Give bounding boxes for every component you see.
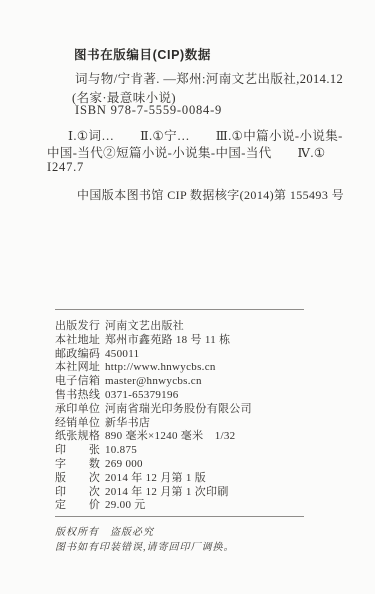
reprint-notice-line: 图书如有印装错误,请寄回印厂调换。 bbox=[55, 541, 235, 556]
colophon-label: 本社地址 bbox=[55, 334, 105, 348]
colophon-label: 定 价 bbox=[55, 499, 105, 513]
cip-copyright-page: 图书在版编目(CIP)数据 词与物/宁肯著. —郑州:河南文艺出版社,2014.… bbox=[0, 0, 375, 594]
colophon-label: 版 次 bbox=[55, 472, 105, 486]
colophon-label: 字 数 bbox=[55, 458, 105, 472]
colophon-row-postcode: 邮政编码 450011 bbox=[55, 348, 252, 362]
colophon-row-impression: 印 次 2014 年 12 月第 1 次印刷 bbox=[55, 486, 252, 500]
colophon-value: 269 000 bbox=[105, 458, 143, 472]
colophon-row-email: 电子信箱 master@hnwycbs.cn bbox=[55, 375, 252, 389]
colophon-row-price: 定 价 29.00 元 bbox=[55, 499, 252, 513]
copyright-notice: 版权所有 盗版必究 图书如有印装错误,请寄回印厂调换。 bbox=[55, 526, 235, 555]
colophon-value: 郑州市鑫苑路 18 号 11 栋 bbox=[105, 334, 230, 348]
colophon-row-hotline: 售书热线 0371-65379196 bbox=[55, 389, 252, 403]
colophon-value: 2014 年 12 月第 1 次印刷 bbox=[105, 486, 229, 500]
colophon-row-edition: 版 次 2014 年 12 月第 1 版 bbox=[55, 472, 252, 486]
cip-classification-line-3: I247.7 bbox=[47, 160, 84, 175]
colophon-row-word-count: 字 数 269 000 bbox=[55, 458, 252, 472]
cip-heading: 图书在版编目(CIP)数据 bbox=[74, 45, 211, 63]
colophon-label: 出版发行 bbox=[55, 320, 105, 334]
colophon-value: master@hnwycbs.cn bbox=[105, 375, 202, 389]
top-divider-rule bbox=[55, 309, 304, 310]
colophon-row-publisher: 出版发行 河南文艺出版社 bbox=[55, 320, 252, 334]
colophon-row-printer: 承印单位 河南省瑞光印务股份有限公司 bbox=[55, 403, 252, 417]
colophon-row-paper-size: 纸张规格 890 毫米×1240 毫米 1/32 bbox=[55, 430, 252, 444]
colophon-row-address: 本社地址 郑州市鑫苑路 18 号 11 栋 bbox=[55, 334, 252, 348]
colophon-label: 承印单位 bbox=[55, 403, 105, 417]
colophon-row-distributor: 经销单位 新华书店 bbox=[55, 417, 252, 431]
colophon-label: 纸张规格 bbox=[55, 430, 105, 444]
cip-title-line: 词与物/宁肯著. —郑州:河南文艺出版社,2014.12 bbox=[75, 69, 343, 87]
colophon-label: 印 张 bbox=[55, 444, 105, 458]
colophon-value: 10.875 bbox=[105, 444, 137, 458]
colophon-value: 河南文艺出版社 bbox=[105, 320, 184, 334]
colophon-label: 售书热线 bbox=[55, 389, 105, 403]
colophon-label: 本社网址 bbox=[55, 361, 105, 375]
cip-classification-line-1: Ⅰ.①词… Ⅱ.①宁… Ⅲ.①中篇小说-小说集- bbox=[68, 126, 343, 144]
cip-record-number-line: 中国版本图书馆 CIP 数据核字(2014)第 155493 号 bbox=[77, 186, 344, 203]
colophon-label: 电子信箱 bbox=[55, 375, 105, 389]
colophon-value: 0371-65379196 bbox=[105, 389, 179, 403]
colophon-value: http://www.hnwycbs.cn bbox=[105, 361, 216, 375]
colophon-value: 450011 bbox=[105, 348, 139, 362]
colophon-section: 出版发行 河南文艺出版社 本社地址 郑州市鑫苑路 18 号 11 栋 邮政编码 … bbox=[55, 320, 252, 513]
cip-classification-line-2: 中国-当代②短篇小说-小说集-中国-当代 Ⅳ.① bbox=[47, 143, 325, 161]
cip-isbn-line: ISBN 978-7-5559-0084-9 bbox=[75, 103, 222, 118]
copyright-notice-line: 版权所有 盗版必究 bbox=[55, 526, 235, 541]
colophon-row-website: 本社网址 http://www.hnwycbs.cn bbox=[55, 361, 252, 375]
colophon-label: 邮政编码 bbox=[55, 348, 105, 362]
colophon-label: 印 次 bbox=[55, 486, 105, 500]
colophon-row-sheets: 印 张 10.875 bbox=[55, 444, 252, 458]
colophon-value: 新华书店 bbox=[105, 417, 150, 431]
colophon-value: 890 毫米×1240 毫米 1/32 bbox=[105, 430, 235, 444]
colophon-value: 2014 年 12 月第 1 版 bbox=[105, 472, 206, 486]
colophon-value: 29.00 元 bbox=[105, 499, 146, 513]
bottom-divider-rule bbox=[55, 516, 304, 517]
colophon-value: 河南省瑞光印务股份有限公司 bbox=[105, 403, 252, 417]
colophon-label: 经销单位 bbox=[55, 417, 105, 431]
